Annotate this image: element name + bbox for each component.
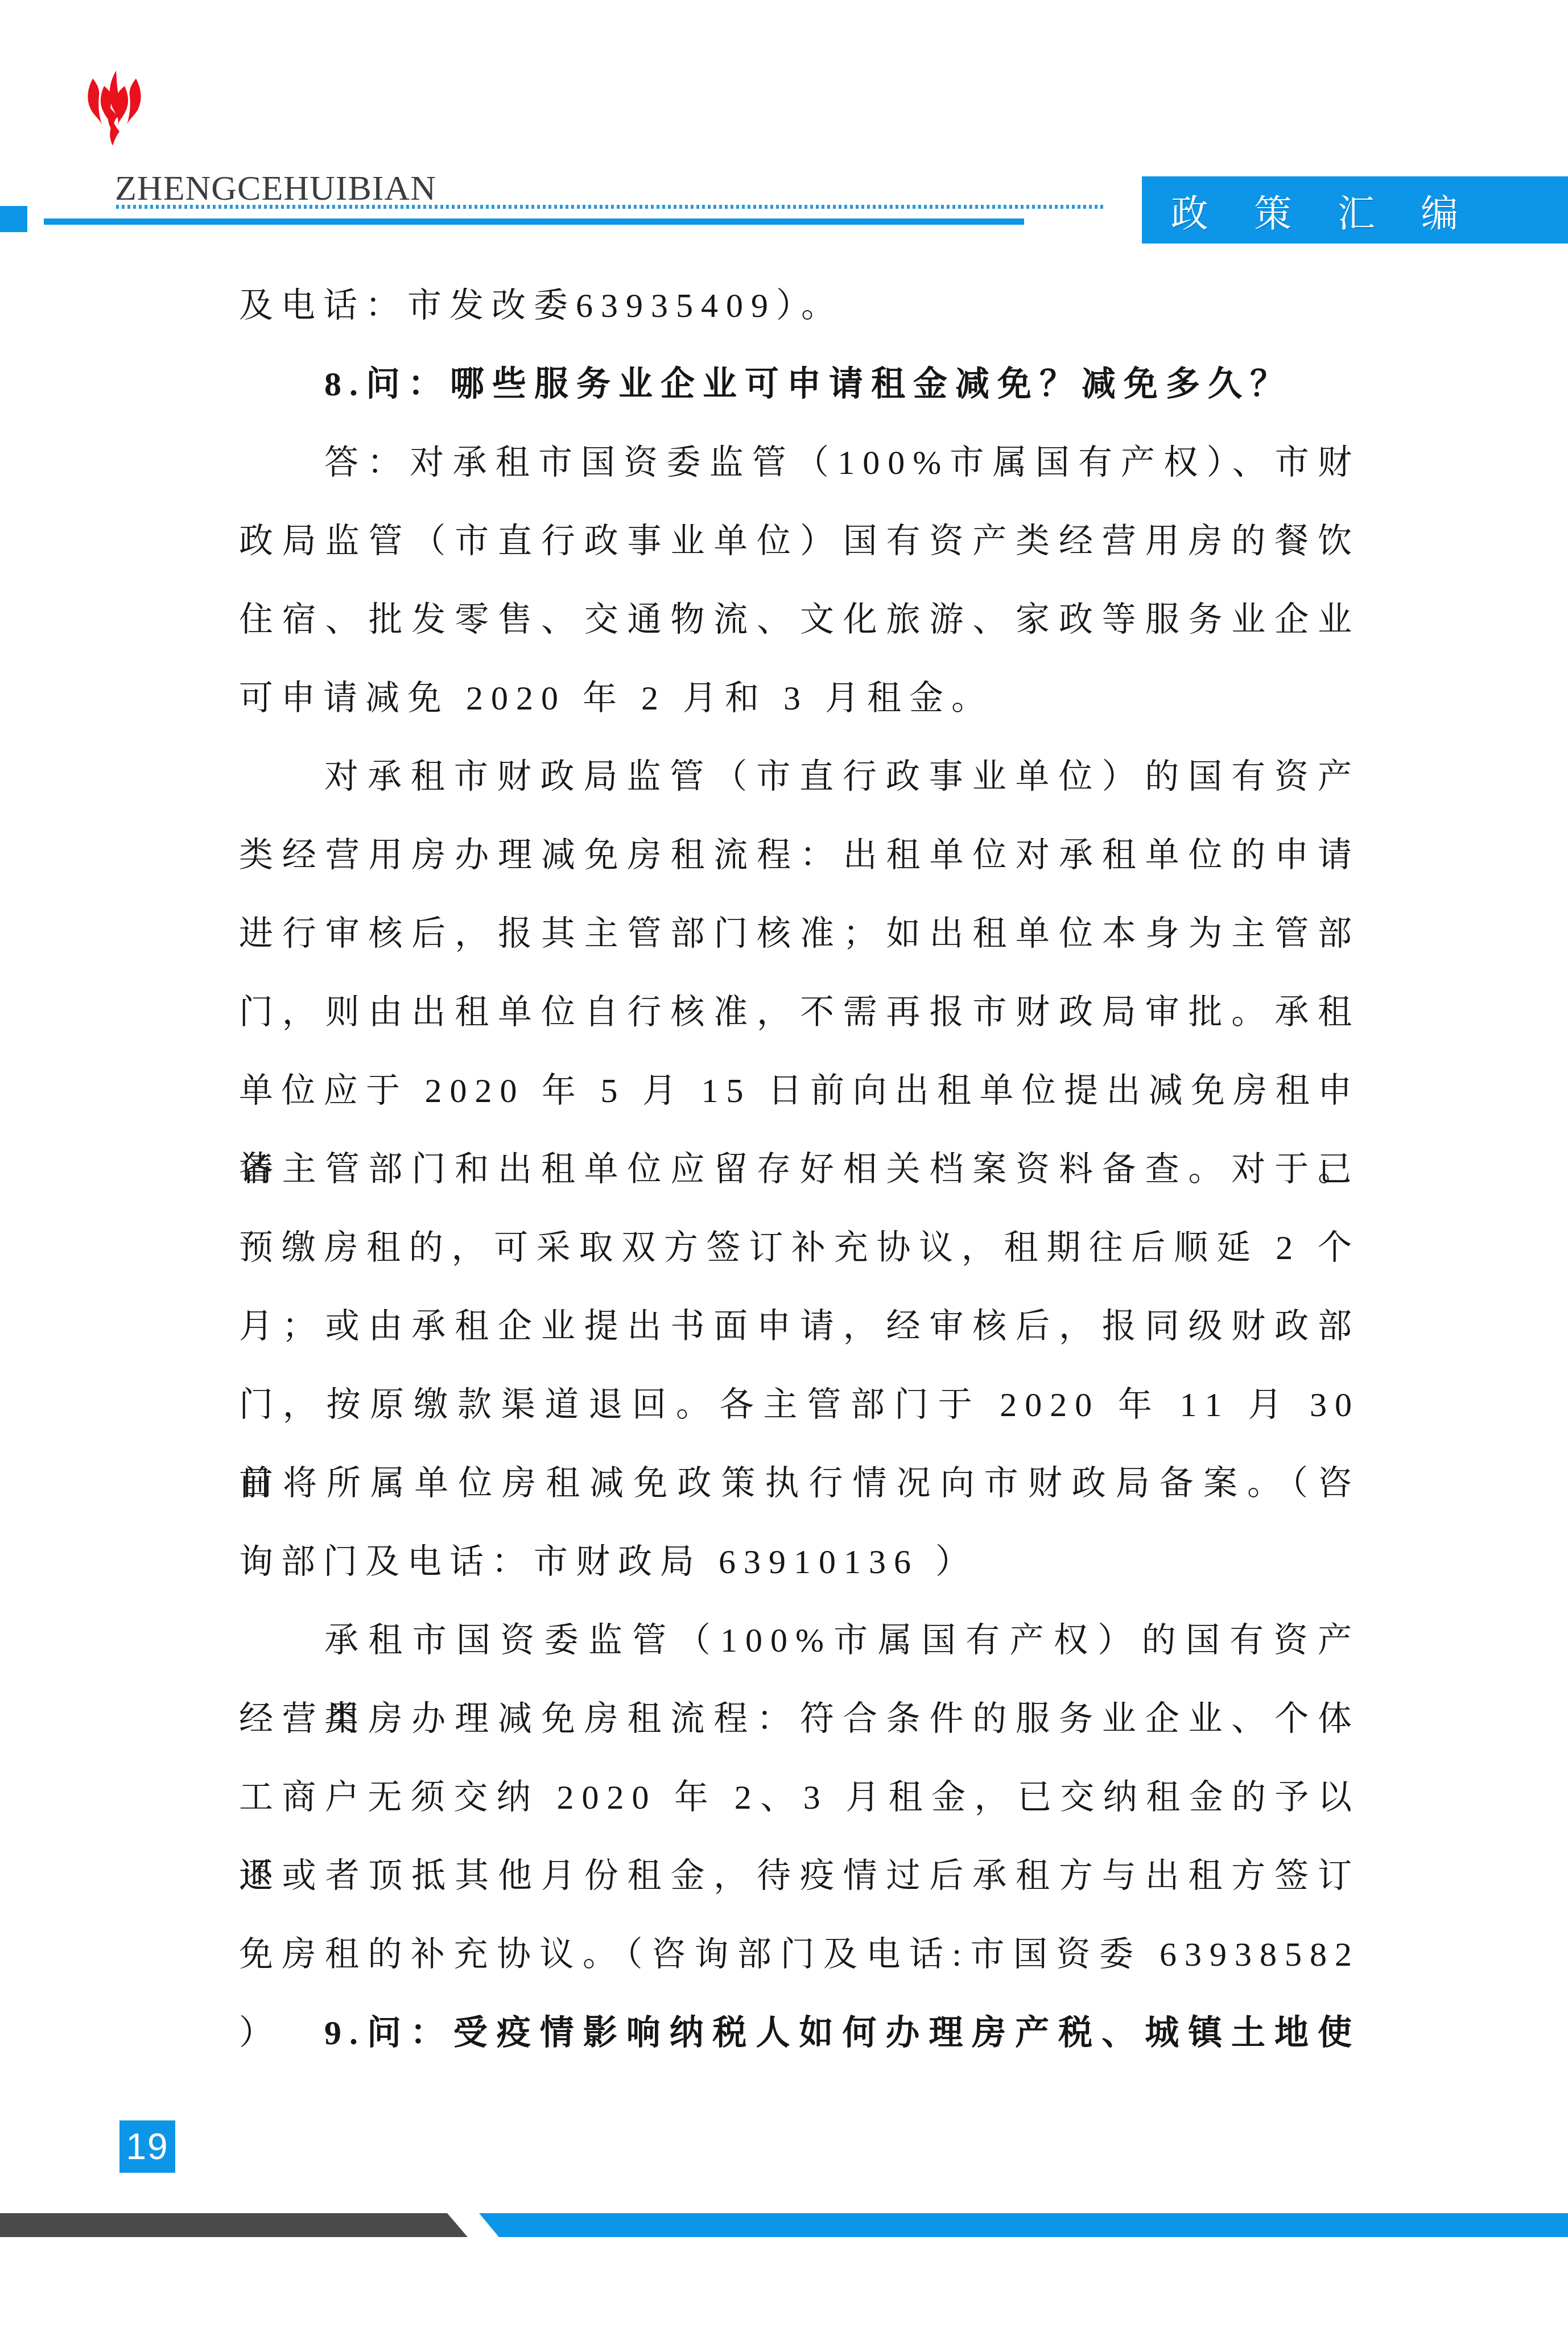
page-number: 19 [126,2128,168,2165]
text-line: 对承租市财政局监管（市直行政事业单位）的国有资产 [239,737,1360,816]
question-8-heading: 8.问：哪些服务业企业可申请租金减免？减免多久？ [239,345,1360,423]
text-line: 还或者顶抵其他月份租金，待疫情过后承租方与出租方签订 [239,1837,1360,1915]
text-line: 预缴房租的，可采取双方签订补充协议，租期往后顺延 2 个 [239,1208,1360,1287]
text-line: 进行审核后，报其主管部门核准；如出租单位本身为主管部 [239,894,1360,973]
footer-bar-blue [479,2213,1568,2237]
dotted-rule [116,205,1103,209]
document-page: ZHENGCEHUIBIAN 政 策 汇 编 及电话：市发改委63935409）… [0,0,1568,2352]
brand-text: ZHENGCEHUIBIAN [115,171,436,206]
text-line: 经营用房办理减免房租流程：符合条件的服务业企业、个体 [239,1680,1360,1758]
text-line: 询部门及电话：市财政局 63910136 ） [239,1522,1360,1601]
footer-bar-dark [0,2213,468,2237]
flame-logo-icon [79,69,150,150]
solid-rule [44,218,1024,225]
text-line: 答：对承租市国资委监管（100%市属国有产权）、市财 [239,423,1360,502]
text-line: 可申请减免 2020 年 2 月和 3 月租金。 [239,659,1360,737]
text-line: 各主管部门和出租单位应留存好相关档案资料备查。对于已 [239,1130,1360,1208]
text-line: 及电话：市发改委63935409）。 [239,266,1360,345]
page-title-box: 政 策 汇 编 [1142,176,1568,244]
page-number-badge: 19 [119,2120,175,2173]
body-text-block: 及电话：市发改委63935409）。 8.问：哪些服务业企业可申请租金减免？减免… [239,266,1360,2072]
text-line: 政局监管（市直行政事业单位）国有资产类经营用房的餐饮 [239,502,1360,580]
text-line: 门，按原缴款渠道退回。各主管部门于 2020 年 11 月 30 日 [239,1365,1360,1444]
text-line: 住宿、批发零售、交通物流、文化旅游、家政等服务业企业 [239,580,1360,659]
text-line: 前将所属单位房租减免政策执行情况向市财政局备案。（咨 [239,1444,1360,1522]
page-title: 政 策 汇 编 [1171,183,1477,237]
text-line: 类经营用房办理减免房租流程：出租单位对承租单位的申请 [239,816,1360,894]
question-9-heading: 9.问：受疫情影响纳税人如何办理房产税、城镇土地使 [239,1994,1360,2072]
text-line: 月；或由承租企业提出书面申请，经审核后，报同级财政部 [239,1287,1360,1365]
text-line: 承租市国资委监管（100%市属国有产权）的国有资产类 [239,1601,1360,1680]
text-line: 单位应于 2020 年 5 月 15 日前向出租单位提出减免房租申请。 [239,1051,1360,1130]
left-edge-accent-square [0,206,27,232]
text-line: 免房租的补充协议。（咨询部门及电话:市国资委 63938582 ） [239,1915,1360,1994]
text-line: 工商户无须交纳 2020 年 2、3 月租金，已交纳租金的予以退 [239,1758,1360,1837]
text-line: 门，则由出租单位自行核准，不需再报市财政局审批。承租 [239,973,1360,1051]
